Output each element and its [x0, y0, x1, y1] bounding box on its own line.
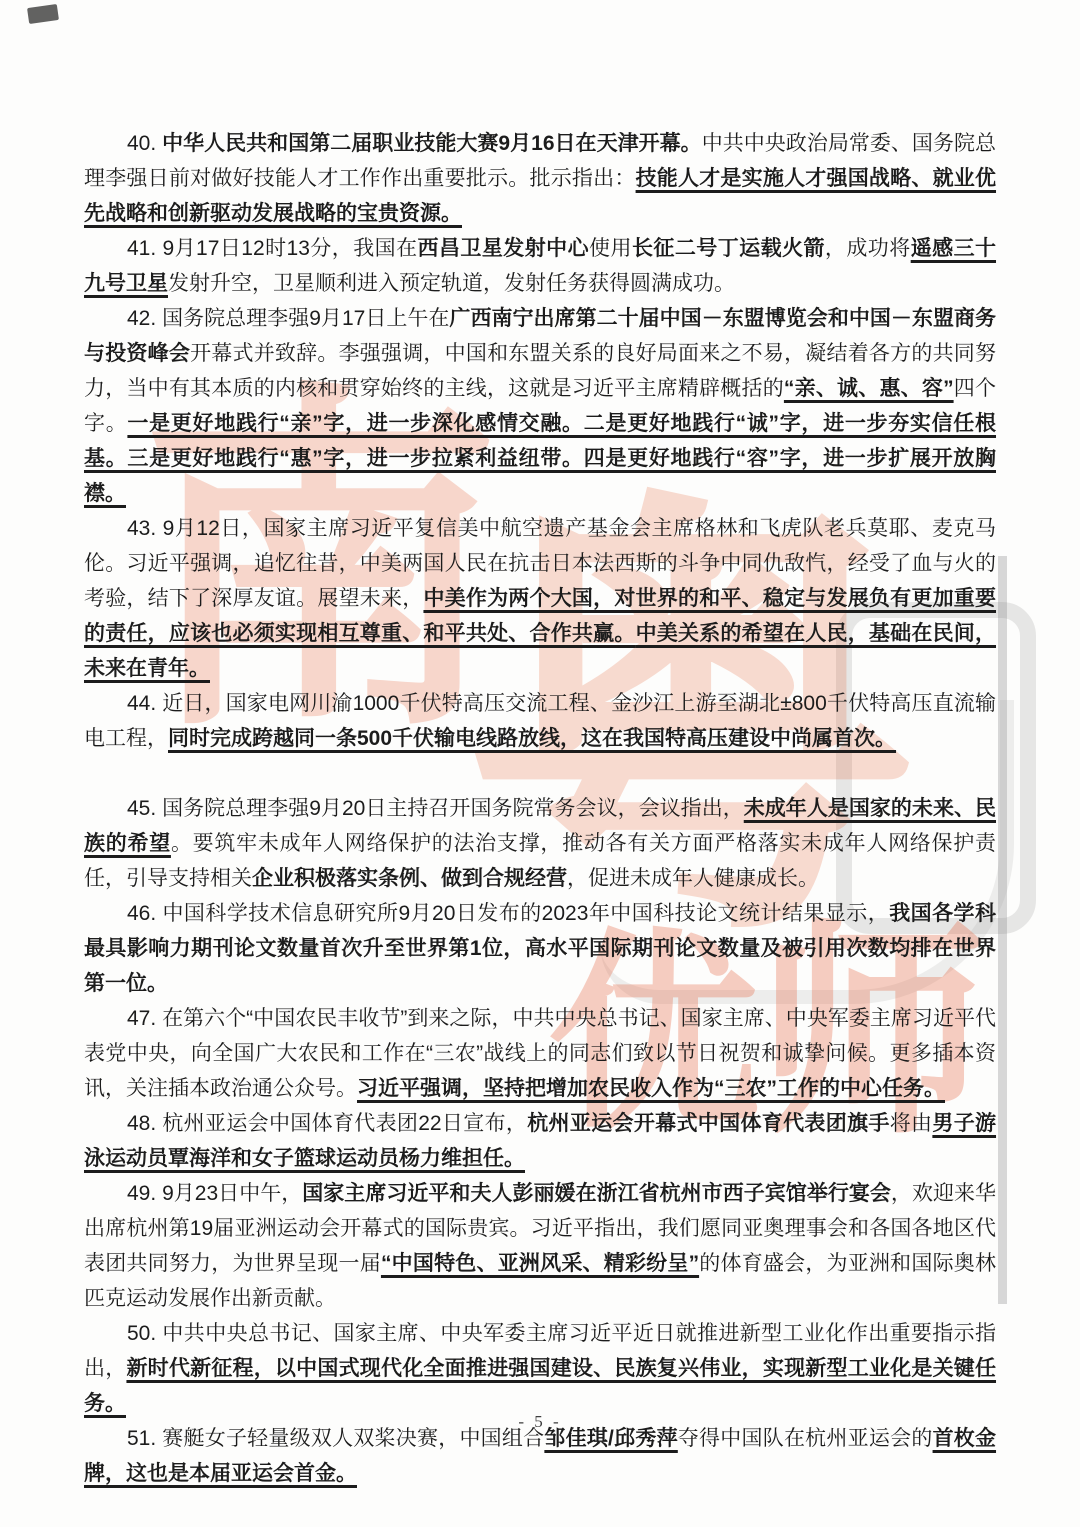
news-item: 50. 中共中央总书记、国家主席、中央军委主席习近平近日就推进新型工业化作出重要… — [84, 1316, 996, 1421]
news-item: 41. 9月17日12时13分，我国在西昌卫星发射中心使用长征二号丁运载火箭，成… — [84, 231, 996, 301]
news-item: 43. 9月12日，国家主席习近平复信美中航空遗产基金会主席格林和飞虎队老兵莫耶… — [84, 511, 996, 686]
item-number: 45. — [127, 797, 162, 820]
news-item: 49. 9月23日中午，国家主席习近平和夫人彭丽媛在浙江省杭州市西子宾馆举行宴会… — [84, 1176, 996, 1316]
document-page: 南粤优师 40. 中华人民共和国第二届职业技能大赛9月16日在天津开幕。中共中央… — [0, 0, 1080, 1527]
scan-smudge — [27, 4, 59, 24]
text-segment: 9月17日12时13分，我国在 — [162, 237, 417, 260]
item-number: 41. — [127, 237, 162, 260]
news-item: 42. 国务院总理李强9月17日上午在广西南宁出席第二十届中国－东盟博览会和中国… — [84, 301, 996, 511]
text-segment: 9月23日中午， — [162, 1182, 302, 1205]
text-segment: 企业积极落实条例、做到合规经营 — [252, 867, 567, 890]
text-segment: 长征二号丁运载火箭 — [632, 237, 825, 260]
text-segment: 杭州亚运会中国体育代表团22日宣布， — [162, 1112, 527, 1135]
text-segment: 一是更好地践行“亲”字，进一步深化感情交融。二是更好地践行“诚”字，进一步夯实信… — [84, 412, 996, 505]
text-segment: “中国特色、亚洲风采、精彩纷呈” — [381, 1252, 699, 1275]
watermark-gray-line — [998, 556, 1007, 1304]
text-segment: 中华人民共和国第二届职业技能大赛9月16日在天津开幕。 — [162, 132, 702, 155]
text-segment: ，成功将 — [825, 237, 911, 260]
text-segment: 中国科学技术信息研究所9月20日发布的2023年中国科技论文统计结果显示， — [162, 902, 889, 925]
item-number: 46. — [127, 902, 162, 925]
news-item: 48. 杭州亚运会中国体育代表团22日宣布，杭州亚运会开幕式中国体育代表团旗手将… — [84, 1106, 996, 1176]
document-body: 40. 中华人民共和国第二届职业技能大赛9月16日在天津开幕。中共中央政治局常委… — [84, 126, 996, 1491]
text-segment: 国务院总理李强9月20日主持召开国务院常务会议，会议指出， — [162, 797, 744, 820]
news-item: 46. 中国科学技术信息研究所9月20日发布的2023年中国科技论文统计结果显示… — [84, 896, 996, 1001]
text-segment: 使用 — [589, 237, 632, 260]
text-segment: ，促进未成年人健康成长。 — [567, 867, 819, 890]
news-item: 40. 中华人民共和国第二届职业技能大赛9月16日在天津开幕。中共中央政治局常委… — [84, 126, 996, 231]
text-segment: “亲、诚、惠、容” — [784, 377, 954, 400]
text-segment: 国务院总理李强9月17日上午在 — [162, 307, 449, 330]
text-segment: 新时代新征程，以中国式现代化全面推进强国建设、民族复兴伟业，实现新型工业化是关键… — [84, 1357, 996, 1415]
text-segment: 西昌卫星发射中心 — [418, 237, 590, 260]
text-segment: 同时完成跨越同一条500千伏输电线路放线，这在我国特高压建设中尚属首次。 — [168, 727, 896, 750]
page-number: - 5 - — [0, 1412, 1080, 1432]
text-segment: 国家主席习近平和夫人彭丽媛在浙江省杭州市西子宾馆举行宴会 — [302, 1182, 891, 1205]
item-number: 50. — [127, 1322, 162, 1345]
item-number: 47. — [127, 1007, 162, 1030]
item-number: 43. — [127, 517, 163, 540]
news-item: 45. 国务院总理李强9月20日主持召开国务院常务会议，会议指出，未成年人是国家… — [84, 791, 996, 896]
text-segment: 发射升空，卫星顺利进入预定轨道，发射任务获得圆满成功。 — [168, 272, 735, 295]
text-segment: 将由 — [890, 1112, 933, 1135]
item-number: 49. — [127, 1182, 162, 1205]
news-item: 44. 近日，国家电网川渝1000千伏特高压交流工程、金沙江上游至湖北±800千… — [84, 686, 996, 756]
text-segment: 杭州亚运会开幕式中国体育代表团旗手 — [527, 1112, 890, 1135]
item-number: 44. — [127, 692, 162, 715]
item-number: 40. — [127, 132, 162, 155]
news-item: 47. 在第六个“中国农民丰收节”到来之际，中共中央总书记、国家主席、中央军委主… — [84, 1001, 996, 1106]
item-number: 48. — [127, 1112, 162, 1135]
text-segment: 习近平强调，坚持把增加农民收入作为“三农”工作的中心任务。 — [357, 1077, 945, 1100]
item-number: 42. — [127, 307, 162, 330]
